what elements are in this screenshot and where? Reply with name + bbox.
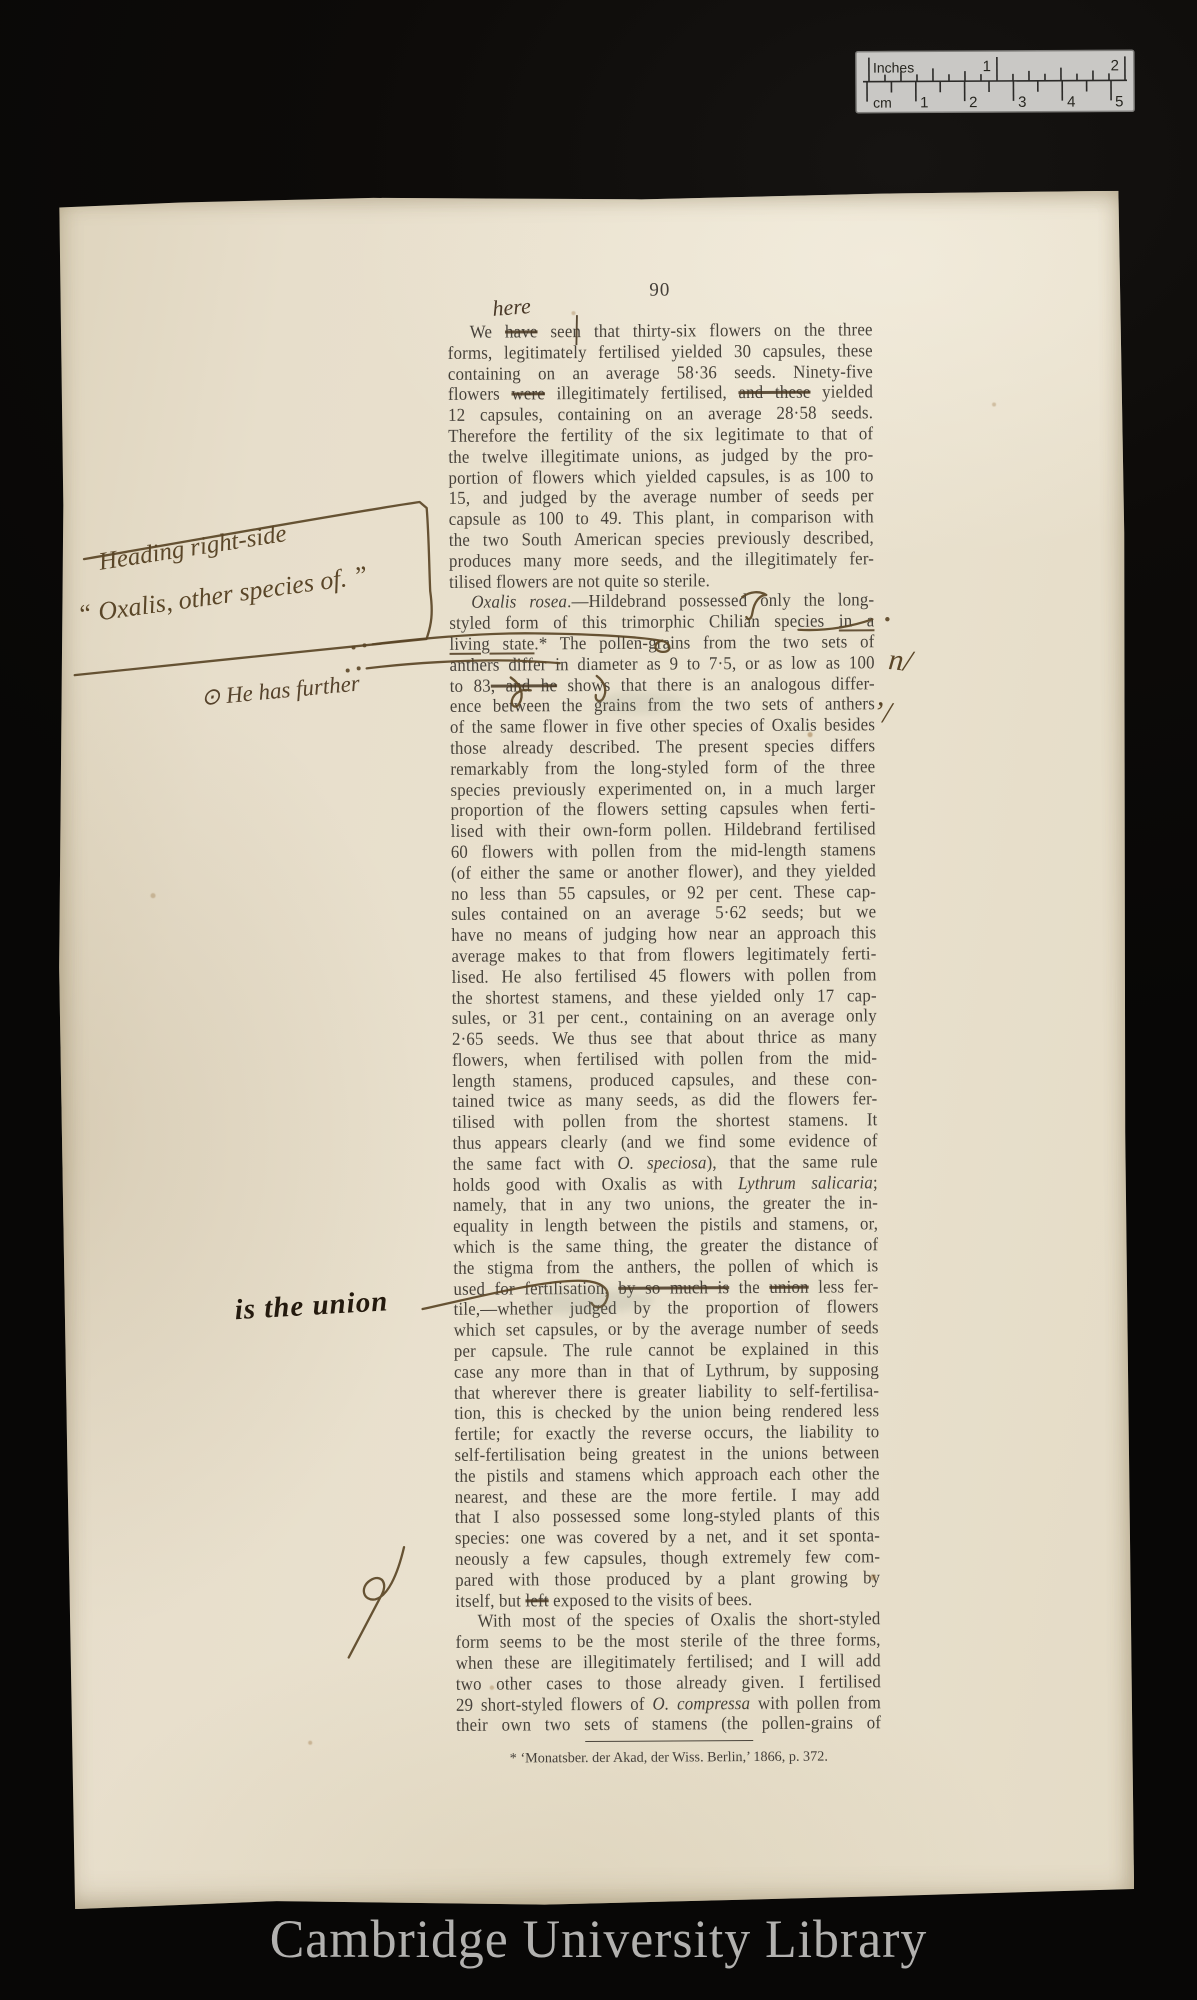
- italic-text: Lythrum salicaria: [738, 1172, 873, 1193]
- annotation-margin-mark-tick: ’/: [872, 696, 892, 731]
- text-line: the twelve illegitimate unions, as judge…: [448, 444, 873, 467]
- text-line: itself, but left exposed to the visits o…: [455, 1588, 880, 1611]
- measuring-ruler: Inches cm 1 2 1 2 3 4 5: [855, 49, 1135, 113]
- photo-stage: Inches cm 1 2 1 2 3 4 5 90 We have seen …: [0, 0, 1197, 2000]
- library-credit: Cambridge University Library: [24, 1908, 1173, 1970]
- text-line: flowers, when fertilised with pollen fro…: [452, 1047, 877, 1070]
- text-line: form seems to be the most sterile of the…: [456, 1629, 881, 1652]
- text-line: sules, or 31 per cent., containing on an…: [452, 1006, 877, 1029]
- italic-text: O. speciosa: [617, 1152, 706, 1173]
- annotation-margin-mark-n: n/: [887, 643, 914, 679]
- annotation-union-note: is the union: [234, 1285, 390, 1327]
- ruler-unit-inches: Inches: [873, 59, 914, 75]
- text-line: We have seen that thirty-six flowers on …: [448, 319, 873, 342]
- struck-text: and these: [738, 382, 810, 402]
- text-line: Therefore the fertility of the six legit…: [448, 423, 873, 446]
- text-line: forms, legitimately fertilised yielded 3…: [448, 340, 873, 363]
- text-line: 2·65 seeds. We thus see that about thric…: [452, 1026, 877, 1049]
- annotation-here: here: [492, 293, 532, 322]
- text-line: fertile; for exactly the reverse occurs,…: [454, 1421, 879, 1444]
- italic-text: Oxalis rosea: [471, 592, 567, 613]
- manuscript-page: 90 We have seen that thirty-six flowers …: [52, 191, 1134, 1910]
- ruler-graphic: Inches cm 1 2 1 2 3 4 5: [855, 49, 1135, 113]
- text-line: of the same flower in five other species…: [450, 714, 875, 737]
- ruler-cm-2: 2: [969, 94, 977, 111]
- ruler-cm-4: 4: [1067, 94, 1075, 111]
- text-line: tilised with pollen from the shortest st…: [452, 1110, 877, 1133]
- struck-text: union: [769, 1276, 808, 1296]
- text-line: produces many more seeds, and the illegi…: [449, 548, 874, 571]
- ruler-inch-1: 1: [983, 58, 991, 75]
- ruler-cm-3: 3: [1018, 94, 1026, 111]
- text-line: their own two sets of stamens (the polle…: [456, 1713, 881, 1736]
- text-line: thus appears clearly (and we find some e…: [453, 1130, 878, 1153]
- dele-mark-left-margin: [348, 1547, 405, 1657]
- text-line: namely, that in any two unions, the grea…: [453, 1193, 878, 1216]
- text-line: case any more than in that of Lythrum, b…: [454, 1359, 879, 1382]
- text-line: flowers were illegitimately fertilised, …: [448, 382, 873, 405]
- text-line: tion, this is checked by the union being…: [454, 1401, 879, 1424]
- text-line: length stamens, produced capsules, and t…: [452, 1068, 877, 1091]
- text-line: species: one was covered by a net, and i…: [455, 1525, 880, 1548]
- body-text: We have seen that thirty-six flowers on …: [448, 319, 882, 1736]
- text-line: tained twice as many seeds, as did the f…: [452, 1089, 877, 1112]
- text-line: the stigma from the anthers, the pollen …: [453, 1255, 878, 1278]
- text-line: the shortest stamens, and these yielded …: [452, 985, 877, 1008]
- text-line: neously a few capsules, though extremely…: [455, 1546, 880, 1569]
- text-line: sules contained on an average 5·62 seeds…: [451, 902, 876, 925]
- text-line: 12 capsules, containing on an average 28…: [448, 402, 873, 425]
- text-line: nearest, and these are the more fertile.…: [455, 1484, 880, 1507]
- text-line: capsule as 100 to 49. This plant, in com…: [449, 506, 874, 529]
- text-line: 15, and judged by the average number of …: [449, 486, 874, 509]
- text-line: equality in length between the pistils a…: [453, 1214, 878, 1237]
- text-line: species previously experimented on, in a…: [450, 777, 875, 800]
- text-line: when these are illegitimately fertilised…: [456, 1650, 881, 1673]
- text-line: With most of the species of Oxalis the s…: [455, 1609, 880, 1632]
- text-line: containing on an average 58·36 seeds. Ni…: [448, 361, 873, 384]
- text-line: Oxalis rosea.—Hildebrand possessed only …: [449, 590, 874, 613]
- text-line: which is the same thing, the greater the…: [453, 1234, 878, 1257]
- underlined-text: in a: [839, 610, 875, 630]
- ruler-unit-cm: cm: [873, 95, 892, 111]
- struck-text: have: [505, 321, 538, 341]
- text-line: proportion of the flowers setting capsul…: [450, 798, 875, 821]
- footnote: * ‘Monatsber. der Akad, der Wiss. Berlin…: [456, 1748, 881, 1768]
- text-line: those already described. The present spe…: [450, 735, 875, 758]
- text-line: remarkably from the long-styled form of …: [450, 756, 875, 779]
- text-line: that I also possessed some long-styled p…: [455, 1505, 880, 1528]
- text-line: tile,—whether judged by the proportion o…: [454, 1297, 879, 1320]
- annotation-heading-note-line1: Heading right-side: [97, 520, 289, 577]
- text-line: the two South American species previousl…: [449, 527, 874, 550]
- italic-text: O. compressa: [652, 1693, 750, 1714]
- text-line: the same fact with O. speciosa), that th…: [453, 1151, 878, 1174]
- text-line: 29 short-styled flowers of O. compressa …: [456, 1692, 881, 1715]
- text-line: that wherever there is greater liability…: [454, 1380, 879, 1403]
- text-line: styled form of this trimorphic Chilian s…: [449, 610, 874, 633]
- struck-text: left: [525, 1590, 548, 1610]
- text-line: self-fertilisation being greatest in the…: [454, 1442, 879, 1465]
- text-line: living state.* The pollen-grains from th…: [449, 631, 874, 654]
- dele-dot: [352, 645, 356, 649]
- struck-text: were: [511, 384, 545, 404]
- foxing-spots: [52, 197, 54, 199]
- annotation-further-note: ⊙ He has further: [200, 671, 361, 712]
- underlined-text: living state: [449, 633, 534, 654]
- ruler-cm-5: 5: [1115, 93, 1123, 110]
- text-line: 60 flowers with pollen from the mid-leng…: [451, 839, 876, 862]
- footnote-rule: [585, 1740, 753, 1742]
- ruler-inch-2: 2: [1111, 57, 1119, 74]
- text-line: portion of flowers which yielded capsule…: [448, 465, 873, 488]
- text-line: which set capsules, or by the average nu…: [454, 1318, 879, 1341]
- underline-dot: [885, 617, 889, 621]
- text-line: (of either the same or another flower), …: [451, 860, 876, 883]
- text-line: used for fertilisation, by so much is th…: [453, 1276, 878, 1299]
- text-line: no less than 55 capsules, or 92 per cent…: [451, 881, 876, 904]
- text-line: average makes to that from flowers legit…: [451, 943, 876, 966]
- text-line: per capsule. The rule cannot be explaine…: [454, 1338, 879, 1361]
- marked-text: n: [572, 321, 581, 341]
- text-line: pared with those produced by a plant gro…: [455, 1567, 880, 1590]
- text-line: tilised flowers are not quite so sterile…: [449, 569, 874, 592]
- text-line: lised with their own-form pollen. Hildeb…: [451, 818, 876, 841]
- text-line: lised. He also fertilised 45 flowers wit…: [451, 964, 876, 987]
- text-line: the pistils and stamens which approach e…: [455, 1463, 880, 1486]
- text-line: have no means of judging how near an app…: [451, 922, 876, 945]
- ruler-cm-1: 1: [920, 94, 928, 111]
- text-line: anthers differ in diameter as 9 to 7·5, …: [450, 652, 875, 675]
- text-line: holds good with Oxalis as with Lythrum s…: [453, 1172, 878, 1195]
- dele-dot: [363, 643, 367, 647]
- text-line: two other cases to those already given. …: [456, 1671, 881, 1694]
- struck-text: , and he: [491, 675, 557, 695]
